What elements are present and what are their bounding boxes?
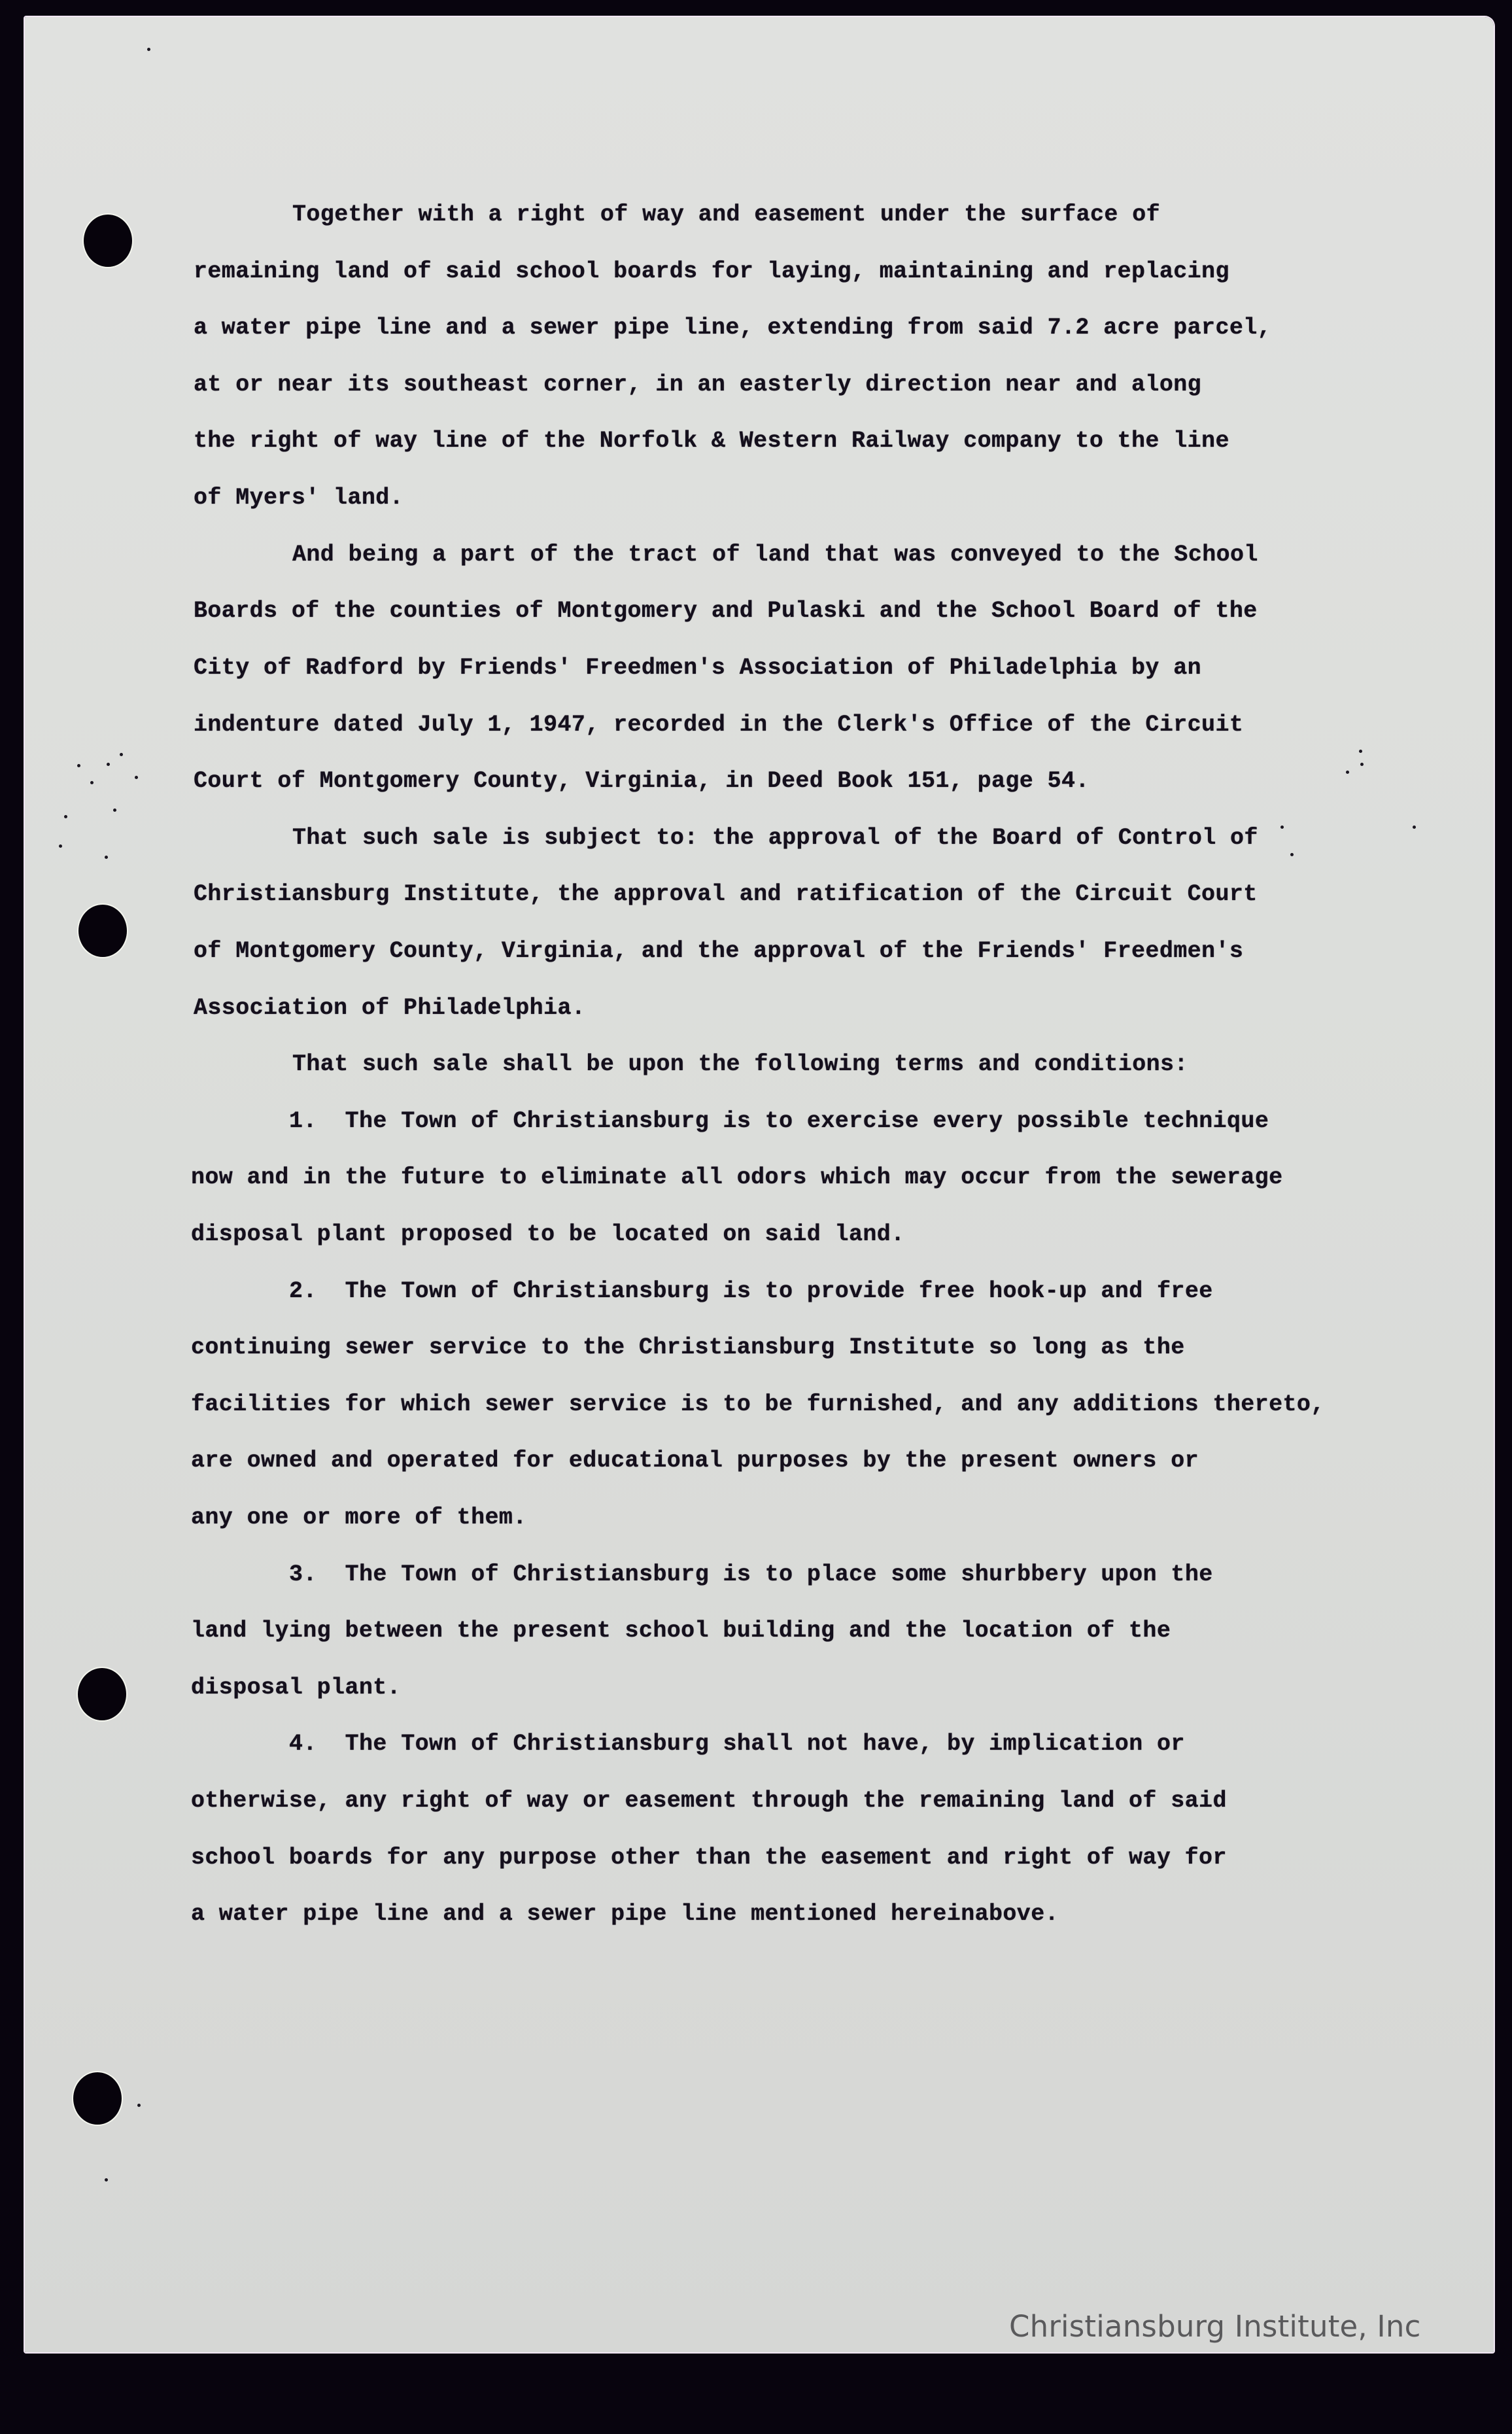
text-line: remaining land of said school boards for… xyxy=(194,258,1229,285)
punch-hole-1 xyxy=(84,215,132,267)
speck xyxy=(59,844,62,848)
term-2-line: 2. The Town of Christiansburg is to prov… xyxy=(289,1278,1213,1304)
speck xyxy=(1360,763,1364,766)
speck xyxy=(64,815,67,818)
watermark-text: Christiansburg Institute, Inc xyxy=(1009,2309,1421,2344)
text-line: school boards for any purpose other than… xyxy=(191,1845,1227,1871)
speck xyxy=(137,2104,141,2107)
text-line: land lying between the present school bu… xyxy=(191,1618,1171,1644)
text-line: disposal plant proposed to be located on… xyxy=(191,1221,905,1247)
text-line: a water pipe line and a sewer pipe line … xyxy=(191,1901,1059,1927)
punch-hole-3 xyxy=(78,1668,126,1720)
text-line: now and in the future to eliminate all o… xyxy=(191,1164,1282,1191)
speck xyxy=(90,781,94,784)
text-line: And being a part of the tract of land th… xyxy=(292,542,1258,568)
text-line: Boards of the counties of Montgomery and… xyxy=(194,598,1258,624)
text-line: Association of Philadelphia. xyxy=(194,995,585,1021)
speck xyxy=(77,764,80,767)
text-line: continuing sewer service to the Christia… xyxy=(191,1334,1185,1361)
punch-hole-2 xyxy=(78,905,127,957)
speck xyxy=(113,808,116,812)
text-line: otherwise, any right of way or easement … xyxy=(191,1788,1227,1814)
text-line: City of Radford by Friends' Freedmen's A… xyxy=(194,655,1201,681)
speck xyxy=(105,2178,108,2182)
term-3-line: 3. The Town of Christiansburg is to plac… xyxy=(289,1561,1213,1588)
speck xyxy=(107,763,110,766)
text-line: the right of way line of the Norfolk & W… xyxy=(194,428,1229,454)
text-line: any one or more of them. xyxy=(191,1504,527,1531)
speck xyxy=(105,856,108,859)
speck xyxy=(1359,750,1362,753)
speck xyxy=(135,776,138,779)
term-1-line: 1. The Town of Christiansburg is to exer… xyxy=(289,1108,1269,1134)
speck xyxy=(1413,826,1416,829)
text-line: indenture dated July 1, 1947, recorded i… xyxy=(194,712,1243,738)
text-line: of Montgomery County, Virginia, and the … xyxy=(194,938,1243,964)
text-line: are owned and operated for educational p… xyxy=(191,1448,1199,1474)
speck xyxy=(1280,826,1284,829)
text-line: Christiansburg Institute, the approval a… xyxy=(194,881,1258,907)
speck xyxy=(1346,771,1349,774)
speck xyxy=(1290,853,1294,856)
term-4-line: 4. The Town of Christiansburg shall not … xyxy=(289,1731,1185,1757)
speck xyxy=(120,753,123,756)
speck xyxy=(147,48,150,51)
text-line: Court of Montgomery County, Virginia, in… xyxy=(194,768,1090,794)
document-page: Together with a right of way and easemen… xyxy=(25,17,1494,2352)
punch-hole-4 xyxy=(73,2072,122,2125)
text-line: That such sale is subject to: the approv… xyxy=(292,825,1258,851)
text-line: at or near its southeast corner, in an e… xyxy=(194,372,1201,398)
text-line: of Myers' land. xyxy=(194,485,404,511)
text-line: disposal plant. xyxy=(191,1675,401,1701)
text-line: facilities for which sewer service is to… xyxy=(191,1391,1325,1417)
text-line: Together with a right of way and easemen… xyxy=(292,201,1160,228)
text-line: a water pipe line and a sewer pipe line,… xyxy=(194,315,1271,341)
text-line: That such sale shall be upon the followi… xyxy=(292,1051,1188,1077)
